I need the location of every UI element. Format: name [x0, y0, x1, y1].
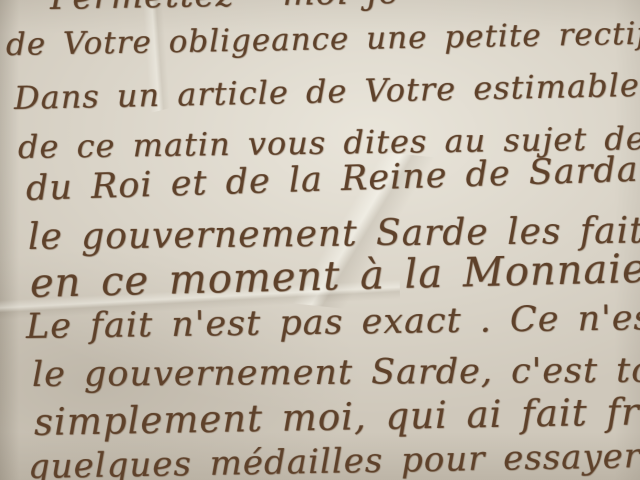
handwritten-line: de Votre obligeance une petite rectifica… [6, 14, 640, 63]
letter-photograph: Permettez - moi je de Votre obligeance u… [0, 0, 640, 480]
handwritten-line: simplement moi, qui ai fait frappe [34, 389, 640, 444]
handwritten-line: Dans un article de Votre estimable Journ… [14, 63, 640, 117]
handwritten-line: le gouvernement Sarde, c'est tout [32, 350, 640, 395]
handwritten-line: Permettez - moi je [50, 0, 400, 18]
